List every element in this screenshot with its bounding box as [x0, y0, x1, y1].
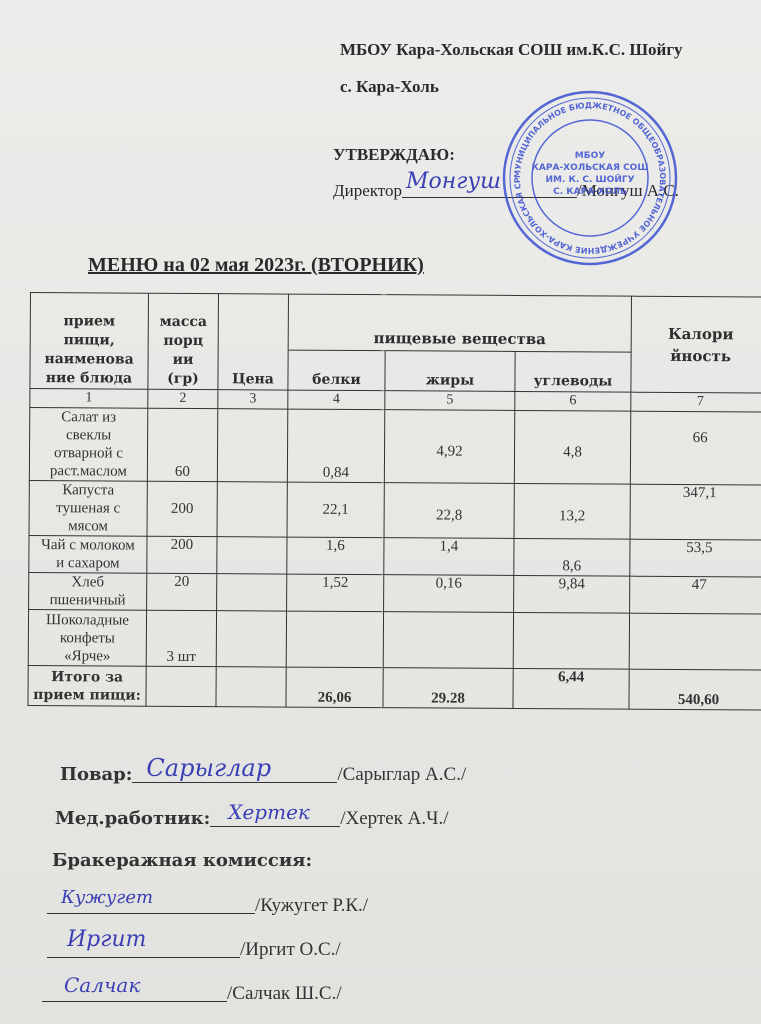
total-mass	[146, 666, 216, 706]
member-handwritten-signature: Кужугет	[61, 887, 153, 908]
protein: 22,1	[287, 482, 384, 538]
col-num: 6	[515, 391, 631, 411]
price	[217, 574, 287, 611]
fat: 1,4	[384, 538, 514, 576]
medic-name: /Хертек А.Ч./	[340, 808, 448, 829]
header-price: Цена	[218, 294, 289, 390]
signature-underline: Иргит	[47, 937, 240, 958]
col-num: 2	[148, 389, 218, 408]
table-row: Хлебпшеничный 20 1,52 0,16 9,84 47	[29, 572, 761, 614]
col-num: 5	[385, 391, 515, 411]
protein: 0,84	[287, 409, 384, 483]
header-carbs: углеводы	[515, 351, 631, 392]
table-row: Чай с молокоми сахаром 200 1,6 1,4 8,6 5…	[29, 535, 761, 577]
member-name: /Иргит О.С./	[240, 939, 341, 960]
stamp-line1: МБОУ	[575, 151, 605, 161]
carbs	[513, 612, 629, 669]
carbs: 9,84	[514, 575, 630, 613]
commission-member-signature-line: Иргит/Иргит О.С./	[47, 937, 341, 961]
stamp-line2: КАРА-ХОЛЬСКАЯ СОШ	[532, 163, 649, 173]
member-name: /Кужугет Р.К./	[255, 895, 368, 916]
commission-member-signature-line: Кужугет/Кужугет Р.К./	[47, 893, 368, 917]
signature-underline: Хертек	[210, 806, 340, 827]
stamp-line4: С. КАРА-ХОЛЬ	[553, 187, 627, 197]
dish-name: Хлебпшеничный	[29, 572, 147, 610]
cook-signature-line: Повар:Сарыглар/Сарыглар А.С./	[60, 762, 466, 786]
col-num: 3	[218, 390, 288, 409]
calories: 47	[630, 576, 761, 614]
signature-underline: Сарыглар	[132, 762, 337, 783]
carbs: 8,6	[514, 538, 630, 576]
total-carbs: 6,44	[513, 668, 629, 709]
director-label: Директор	[333, 181, 402, 200]
total-protein: 26,06	[286, 667, 383, 708]
signature-underline: Салчак	[42, 981, 227, 1002]
director-handwritten-signature: Монгуш	[406, 169, 501, 194]
total-row: Итого заприем пищи: 26,06 29.28 6,44 540…	[28, 665, 761, 710]
member-handwritten-signature: Иргит	[67, 927, 146, 952]
dish-name: Капустатушеная смясом	[29, 480, 147, 536]
calories: 66	[630, 411, 761, 485]
mass: 60	[147, 408, 217, 481]
price	[217, 537, 287, 574]
col-num: 1	[30, 389, 148, 409]
mass: 200	[147, 536, 217, 573]
medic-signature-line: Мед.работник:Хертек/Хертек А.Ч./	[55, 806, 448, 830]
total-price	[216, 667, 286, 707]
medic-handwritten-signature: Хертек	[228, 800, 310, 824]
member-handwritten-signature: Салчак	[64, 973, 140, 997]
fat: 4,92	[384, 410, 514, 484]
protein	[286, 611, 383, 668]
commission-member-signature-line: Салчак/Салчак Ш.С./	[42, 981, 342, 1005]
approve-heading: УТВЕРЖДАЮ:	[333, 145, 455, 165]
mass: 3 шт	[146, 610, 216, 666]
header-dish: приемпищи,наименование блюда	[30, 293, 149, 390]
commission-heading: Бракеражная комиссия:	[52, 850, 312, 871]
fat: 22,8	[384, 483, 514, 539]
school-stamp: МУНИЦИПАЛЬНОЕ БЮДЖЕТНОЕ ОБЩЕОБРАЗОВАТЕЛЬ…	[500, 88, 680, 268]
fat: 0,16	[384, 575, 514, 613]
header-nutrients: пищевые вещества	[288, 294, 631, 352]
member-name: /Салчак Ш.С./	[227, 983, 342, 1004]
fat	[383, 612, 513, 669]
school-name: МБОУ Кара-Хольская СОШ им.К.С. Шойгу	[340, 40, 683, 60]
total-calories: 540,60	[629, 669, 761, 710]
table-row: Капустатушеная смясом 200 22,1 22,8 13,2…	[29, 480, 761, 540]
calories	[629, 613, 761, 670]
stamp-line3: ИМ. К. С. ШОЙГУ	[545, 173, 634, 185]
header-mass: массапорции(гр)	[148, 293, 219, 389]
dish-name: Шоколадныеконфеты«Ярче»	[28, 609, 146, 666]
price	[217, 409, 287, 482]
calories: 347,1	[630, 484, 761, 540]
dish-name: Чай с молокоми сахаром	[29, 535, 147, 573]
village-name: с. Кара-Холь	[340, 77, 439, 97]
signature-underline: Кужугет	[47, 893, 255, 914]
dish-name: Салат изсвеклыотварной сраст.маслом	[29, 408, 147, 482]
header-protein: белки	[288, 350, 385, 391]
calories: 53,5	[630, 539, 761, 577]
cook-handwritten-signature: Сарыглар	[146, 754, 271, 782]
total-fat: 29.28	[383, 668, 513, 709]
header-fat: жиры	[385, 351, 515, 392]
medic-label: Мед.работник:	[55, 808, 210, 829]
menu-title: МЕНЮ на 02 мая 2023г. (ВТОРНИК)	[88, 254, 424, 277]
mass: 20	[147, 573, 217, 610]
total-label: Итого заприем пищи:	[28, 665, 146, 706]
table-row: Шоколадныеконфеты«Ярче» 3 шт	[28, 609, 761, 670]
cook-label: Повар:	[60, 764, 132, 785]
carbs: 4,8	[514, 410, 630, 484]
cook-name: /Сарыглар А.С./	[337, 764, 466, 785]
col-num: 4	[288, 390, 385, 410]
menu-table: приемпищи,наименование блюда массапорции…	[27, 292, 761, 711]
price	[216, 611, 286, 667]
protein: 1,6	[287, 537, 384, 575]
carbs: 13,2	[514, 483, 630, 539]
col-num: 7	[631, 392, 761, 412]
price	[217, 482, 287, 537]
table-row: Салат изсвеклыотварной сраст.маслом 60 0…	[29, 408, 761, 486]
header-calories: Калорийность	[631, 296, 761, 393]
protein: 1,52	[287, 574, 384, 612]
mass: 200	[147, 481, 217, 536]
